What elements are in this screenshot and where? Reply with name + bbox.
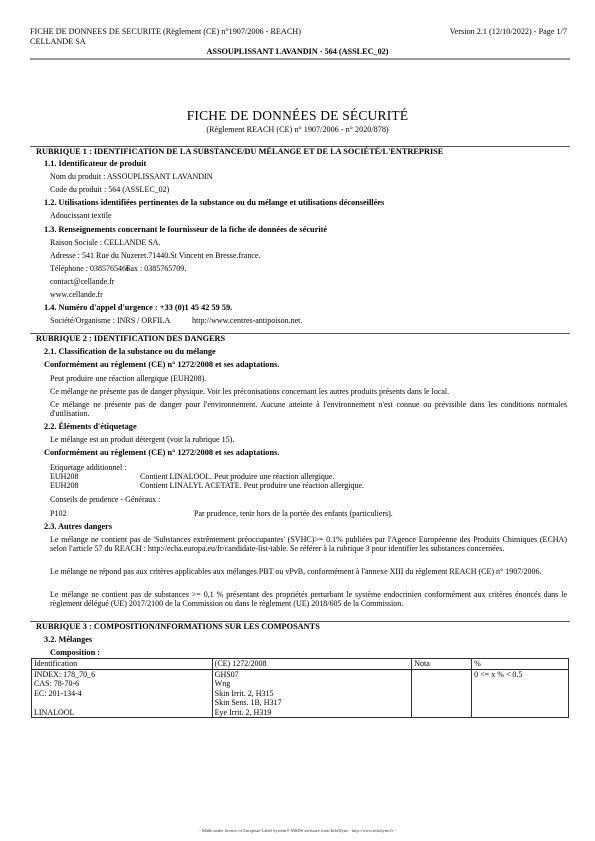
page-title: FICHE DE DONNÉES DE SÉCURITÉ [0, 108, 595, 124]
header-product: ASSOUPLISSANT LAVANDIN - 564 (ASSLEC_02) [0, 47, 595, 57]
section-2-1-title: 2.1. Classification de la substance ou d… [44, 347, 216, 356]
table-row: CAS: 78-70-6 Wng [32, 679, 569, 689]
rubrique-1-heading: RUBRIQUE 1 : IDENTIFICATION DE LA SUBSTA… [36, 147, 443, 156]
table-cell: EC: 201-134-4 [32, 689, 213, 699]
table-cell: 0 <= x % < 0.5 [472, 669, 569, 679]
other-dangers-text-3: Le mélange ne contient pas de substances… [50, 590, 567, 608]
table-cell [412, 689, 472, 699]
composition-table: Identification (CE) 1272/2008 Nota % IND… [31, 658, 569, 718]
fax: Fax : 0385765709. [126, 264, 186, 273]
etiquetage-code: EUH208 [50, 472, 78, 481]
conformement-note: Conformément au règlement (CE) n° 1272/2… [44, 360, 279, 369]
address: Adresse : 541 Rue du Nuzeret.71440.St Vi… [50, 251, 260, 260]
column-header: % [472, 659, 569, 670]
rubrique-2-heading: RUBRIQUE 2 : IDENTIFICATION DES DANGERS [36, 334, 225, 343]
header-version: Version 2.1 (12/10/2022) - Page 1/7 [450, 27, 567, 37]
product-name: Nom du produit : ASSOUPLISSANT LAVANDIN [50, 172, 212, 181]
section-3-2-title: 3.2. Mélanges [44, 635, 92, 644]
conseil-code: P102 [50, 509, 66, 518]
table-row: LINALOOL Eye Irrit. 2, H319 [32, 708, 569, 718]
organisme: Société/Organisme : INRS / ORFILA [50, 316, 170, 325]
table-cell: LINALOOL [32, 708, 213, 718]
table-cell: Skin Irrit. 2, H315 [212, 689, 412, 699]
classification-text-2: Ce mélange ne présente pas de danger phy… [50, 387, 449, 396]
table-row: Skin Sens. 1B, H317 [32, 698, 569, 708]
table-cell [412, 679, 472, 689]
classification-text-3: Ce mélange ne présente pas de danger pou… [50, 400, 567, 418]
conseil-text: Par prudence, tenir hors de la portée de… [194, 509, 393, 518]
page-subtitle: (Règlement REACH (CE) n° 1907/2006 - n° … [0, 125, 595, 134]
website-link[interactable]: www.cellande.fr [50, 290, 103, 299]
table-cell: CAS: 78-70-6 [32, 679, 213, 689]
table-cell: Eye Irrit. 2, H319 [212, 708, 412, 718]
section-1-1-title: 1.1. Identificateur de produit [44, 159, 146, 168]
header-divider [30, 58, 570, 60]
table-cell [412, 698, 472, 708]
table-cell: GHS07 [212, 669, 412, 679]
section-1-3-title: 1.3. Renseignements concernant le fourni… [44, 225, 327, 234]
section-2-3-title: 2.3. Autres dangers [44, 522, 112, 531]
header-doc-type: FICHE DE DONNEES DE SECURITE (Règlement … [30, 27, 301, 37]
table-cell: INDEX: 178_70_6 [32, 669, 213, 679]
column-header: Identification [32, 659, 213, 670]
section-1-2-title: 1.2. Utilisations identifiées pertinente… [44, 198, 384, 207]
etiquetage-label: Etiquetage additionnel : [50, 463, 126, 472]
raison-sociale: Raison Sociale : CELLANDE SA. [50, 238, 160, 247]
detergent-note: Le mélange est un produit détergent (voi… [50, 435, 234, 444]
table-cell: Wng [212, 679, 412, 689]
table-row: INDEX: 178_70_6 GHS07 0 <= x % < 0.5 [32, 669, 569, 679]
email-link[interactable]: contact@cellande.fr [50, 277, 114, 286]
organisme-url-link[interactable]: http://www.centres-antipoison.net. [192, 316, 302, 325]
other-dangers-text-1: Le mélange ne contient pas de 'Substance… [50, 535, 567, 553]
table-cell: Skin Sens. 1B, H317 [212, 698, 412, 708]
table-row: EC: 201-134-4 Skin Irrit. 2, H315 [32, 689, 569, 699]
footer-licence: - Made under licence of European Label S… [0, 828, 595, 833]
etiquetage-code: EUH208 [50, 481, 78, 490]
section-2-2-title: 2.2. Éléments d'étiquetage [44, 422, 137, 431]
composition-label: Composition : [50, 648, 100, 657]
column-header: (CE) 1272/2008 [212, 659, 412, 670]
table-header-row: Identification (CE) 1272/2008 Nota % [32, 659, 569, 670]
table-cell [412, 669, 472, 679]
table-cell [472, 708, 569, 718]
table-cell [472, 679, 569, 689]
column-header: Nota [412, 659, 472, 670]
conformement-note-2: Conformément au règlement (CE) n° 1272/2… [44, 448, 279, 457]
telephone: Téléphone : 0385765466. [50, 264, 132, 273]
rubrique-3-heading: RUBRIQUE 3 : COMPOSITION/INFORMATIONS SU… [36, 622, 320, 631]
table-cell [472, 689, 569, 699]
product-use: Adoucissant textile [50, 211, 112, 220]
header-company: CELLANDE SA [30, 37, 86, 47]
section-1-4-title: 1.4. Numéro d'appel d'urgence : +33 (0)1… [44, 303, 232, 312]
etiquetage-text: Contient LINALOOL. Peut produire une réa… [140, 472, 334, 481]
classification-text-1: Peut produire une réaction allergique (E… [50, 374, 206, 383]
product-code: Code du produit : 564 (ASSLEC_02) [50, 185, 169, 194]
table-cell [32, 698, 213, 708]
other-dangers-text-2: Le mélange ne répond pas aux critères ap… [50, 567, 567, 576]
table-cell [412, 708, 472, 718]
table-cell [472, 698, 569, 708]
conseils-label: Conseils de prudence - Généraux : [50, 495, 160, 504]
etiquetage-text: Contient LINALYL ACETATE. Peut produire … [140, 481, 364, 490]
